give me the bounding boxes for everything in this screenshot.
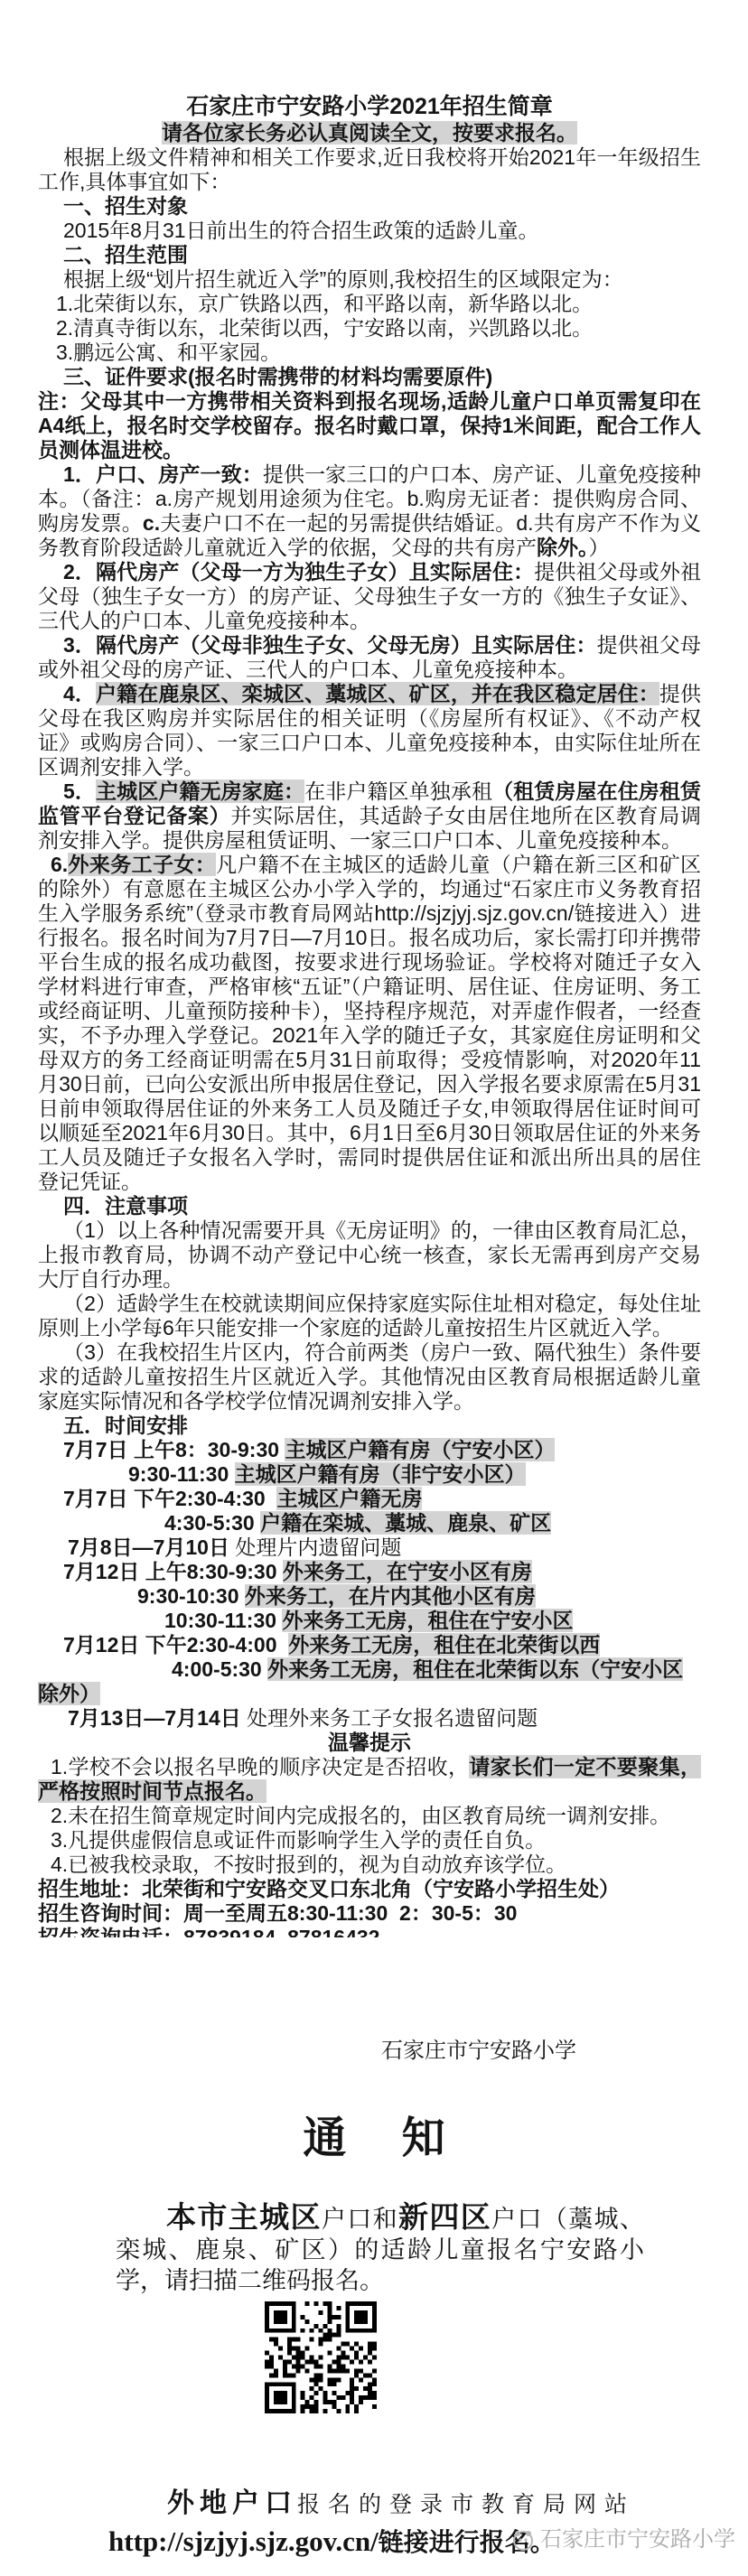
cert-item-5: 5．主城区户籍无房家庭：在非户籍区单独承租（租赁房屋在住房租赁监管平台登记备案）… — [38, 779, 701, 853]
range-item-3: 3.鹏远公寓、和平家园。 — [38, 341, 701, 365]
notice-section: 石家庄市宁安路小学 通 知 本市主城区户口和新四区户口（藁城、栾城、鹿泉、矿区）… — [0, 2030, 748, 2576]
section-3-note: 注：父母其中一方携带相关资料到报名现场,适龄儿童户口单页需复印在A4纸上，报名时… — [38, 389, 701, 462]
text-run: 4.已被我校录取，不按时报到的，视为自动放弃该学位。 — [51, 1853, 566, 1876]
text-run: 3.凡提供虚假信息或证件而影响学生入学的责任自负。 — [51, 1828, 546, 1852]
notice-title: 通 知 — [0, 2115, 748, 2162]
cert-item-6: 6.外来务工子女：凡户籍不在主城区的适龄儿童（户籍在新三区和矿区的除外）有意愿在… — [38, 853, 701, 1194]
contact-phone: 招生咨询电话：87839184 87816432 — [38, 1926, 701, 1937]
text-run: 4． — [63, 682, 96, 705]
cert-item-3: 3．隔代房产（父母非独生子女、父母无房）且实际居住：提供祖父母或外祖父母的房产证… — [38, 633, 701, 682]
section-5-heading: 五．时间安排 — [38, 1414, 701, 1438]
cert-item-2: 2．隔代房产（父母一方为独生子女）且实际居住：提供祖父母或外祖父母（独生子女一方… — [38, 560, 701, 633]
text-run: 在非户籍区单独承租 — [304, 779, 492, 803]
text-run: 外来务工，在宁安小区有房 — [283, 1560, 532, 1583]
note-item-3: （3）在我校招生片区内，符合前两类（房户一致、隔代独生）条件要求的适龄儿童按招生… — [38, 1340, 701, 1414]
text-run: 根据上级“划片招生就近入学”的原则,我校招生的区域限定为： — [63, 267, 623, 291]
text-run: 7月7日 下午2:30-4:30 — [63, 1487, 276, 1510]
school-logo-icon — [510, 2527, 536, 2553]
text-run: 户口和 — [322, 2206, 398, 2233]
contact-hours: 招生咨询时间：周一至周五8:30-11:30 2：30-5：30 — [38, 1901, 701, 1926]
text-run: 4:00-5:30 — [172, 1657, 267, 1681]
text-run: 本市主城区 — [166, 2200, 322, 2234]
text-run: 外来务工无房，租住在宁安小区 — [282, 1609, 573, 1632]
schedule-line-4: 4:30-5:30 户籍在栾城、藁城、鹿泉、矿区 — [38, 1511, 701, 1535]
text-run: 3.鹏远公寓、和平家园。 — [56, 341, 281, 364]
text-run: 处理片内遗留问题 — [235, 1535, 401, 1559]
text-run: 7月7日 上午8：30-9:30 — [63, 1438, 285, 1461]
text-run: 主城区户籍无房家庭： — [96, 779, 304, 803]
schedule-line-6: 7月12日 上午8:30-9:30 外来务工，在宁安小区有房 — [38, 1560, 701, 1584]
text-run: 主城区户籍无房 — [276, 1487, 422, 1510]
text-run: 2.未在招生简章规定时间内完成报名的，由区教育局统一调剂安排。 — [51, 1804, 670, 1827]
tip-item-1: 1.学校不会以报名早晚的顺序决定是否招收，请家长们一定不要聚集，严格按照时间节点… — [38, 1755, 701, 1804]
schedule-line-1: 7月7日 上午8：30-9:30 主城区户籍有房（宁安小区） — [38, 1438, 701, 1462]
schedule-line-11: 7月13日—7月14日 处理外来务工子女报名遗留问题 — [38, 1706, 701, 1731]
text-run: 户籍在鹿泉区、栾城区、藁城区、矿区，并在我区稳定居住： — [96, 682, 659, 705]
text-run: 主城区户籍有房（非宁安小区） — [235, 1462, 526, 1486]
qr-code — [265, 2301, 377, 2413]
text-run: 请各位家长务必认真阅读全文，按要求报名。 — [162, 121, 577, 145]
schedule-line-5: 7月8日—7月10日 处理片内遗留问题 — [38, 1535, 701, 1560]
text-run: 凡户籍不在主城区的适龄儿童（户籍在新三区和矿区的除外）有意愿在主城区公办小学入学… — [38, 853, 701, 1193]
doc-subtitle: 请各位家长务必认真阅读全文，按要求报名。 — [38, 120, 701, 145]
text-run: （2）适龄学生在校就读期间应保持家庭实际住址相对稳定，每处住址原则上小学每6年只… — [38, 1292, 701, 1339]
text-run: 除外。 — [537, 536, 589, 559]
text-run: 7月12日 下午2:30-4:00 — [63, 1633, 288, 1657]
text-run: 新四区 — [398, 2200, 491, 2234]
tip-item-4: 4.已被我校录取，不按时报到的，视为自动放弃该学位。 — [38, 1853, 701, 1877]
school-signature: 石家庄市宁安路小学 — [0, 2038, 576, 2065]
section-1-heading: 一、招生对象 — [38, 194, 701, 219]
text-run: 处理外来务工子女报名遗留问题 — [247, 1706, 538, 1730]
schedule-line-7: 9:30-10:30 外来务工，在片内其他小区有房 — [38, 1584, 701, 1609]
section-1-body: 2015年8月31日前出生的符合招生政策的适龄儿童。 — [38, 219, 701, 243]
text-run: 10:30-11:30 — [164, 1609, 282, 1632]
text-run: 招生咨询电话：87839184 87816432 — [38, 1926, 379, 1937]
text-run: 户籍在栾城、藁城、鹿泉、矿区 — [260, 1511, 551, 1535]
text-run: 外来务工无房，租住在北荣街以西 — [288, 1633, 600, 1657]
text-run: http://sjzjyj.sjz.gov.cn/ — [108, 2525, 379, 2557]
schedule-line-9: 7月12日 下午2:30-4:00 外来务工无房，租住在北荣街以西 — [38, 1633, 701, 1657]
watermark: 石家庄市宁安路小学 — [510, 2527, 735, 2553]
intro-paragraph: 根据上级文件精神和相关工作要求,近日我校将开始2021年一年级招生工作,具体事宜… — [38, 145, 701, 194]
text-run: 外来务工，在片内其他小区有房 — [245, 1584, 536, 1608]
text-run: 7月8日—7月10日 — [68, 1535, 235, 1559]
text-run: c. — [143, 511, 160, 535]
text-run: 2．隔代房产（父母一方为独生子女）且实际居住： — [63, 560, 534, 583]
text-run: 根据上级文件精神和相关工作要求,近日我校将开始2021年一年级招生工作,具体事宜… — [38, 145, 701, 193]
tip-item-2: 2.未在招生简章规定时间内完成报名的，由区教育局统一调剂安排。 — [38, 1804, 701, 1828]
range-item-1: 1.北荣街以东，京广铁路以西，和平路以南，新华路以北。 — [38, 292, 701, 316]
text-run: 外地户口 — [167, 2488, 297, 2518]
text-run: 5． — [63, 779, 96, 803]
text-run: 石家庄市宁安路小学 — [381, 2039, 576, 2063]
footer-line1: 外地户口报名的登录市教育局网站 — [167, 2489, 658, 2519]
text-run: 1．户口、房产一致： — [63, 462, 263, 486]
schedule-line-10: 4:00-5:30 外来务工无房，租住在北荣街以东（宁安小区除外） — [38, 1657, 701, 1706]
note-item-1: （1）以上各种情况需要开具《无房证明》的，一律由区教育局汇总，上报市教育局，协调… — [38, 1218, 701, 1292]
text-run: 7月13日—7月14日 — [68, 1706, 247, 1730]
range-item-2: 2.清真寺街以东，北荣街以西，宁安路以南，兴凯路以北。 — [38, 316, 701, 341]
text-run: 报名的登录市教育局网站 — [297, 2492, 635, 2517]
document-body: 石家庄市宁安路小学2021年招生简章请各位家长务必认真阅读全文，按要求报名。根据… — [0, 0, 748, 1937]
text-run: 9:30-10:30 — [137, 1584, 245, 1608]
watermark-text: 石家庄市宁安路小学 — [540, 2527, 735, 2553]
text-run: 外来务工无房，租住在北荣街以东（宁安小区除外） — [38, 1657, 683, 1705]
schedule-line-3: 7月7日 下午2:30-4:30 主城区户籍无房 — [38, 1487, 701, 1511]
text-run: 招生地址：北荣街和宁安路交叉口东北角（宁安路小学招生处） — [38, 1877, 620, 1900]
section-2-intro: 根据上级“划片招生就近入学”的原则,我校招生的区域限定为： — [38, 267, 701, 292]
schedule-line-8: 10:30-11:30 外来务工无房，租住在宁安小区 — [38, 1609, 701, 1633]
section-2-heading: 二、招生范围 — [38, 243, 701, 267]
text-run: （1）以上各种情况需要开具《无房证明》的，一律由区教育局汇总，上报市教育局，协调… — [38, 1218, 701, 1291]
tips-heading: 温馨提示 — [38, 1731, 701, 1755]
text-run: 外来务工子女： — [68, 853, 216, 876]
text-run: 三、证件要求(报名时需携带的材料均需要原件) — [63, 365, 492, 388]
section-4-heading: 四．注意事项 — [38, 1194, 701, 1218]
text-run: 3．隔代房产（父母非独生子女、父母无房）且实际居住： — [63, 633, 597, 657]
cert-item-4: 4．户籍在鹿泉区、栾城区、藁城区、矿区，并在我区稳定居住：提供父母在我区购房并实… — [38, 682, 701, 779]
text-run: 一、招生对象 — [63, 194, 188, 218]
notice-paragraph: 本市主城区户口和新四区户口（藁城、栾城、鹿泉、矿区）的适龄儿童报名宁安路小学，请… — [116, 2202, 644, 2296]
text-run: 石家庄市宁安路小学2021年招生简章 — [186, 94, 553, 119]
text-run: ） — [589, 536, 610, 559]
text-run: 9:30-11:30 — [128, 1462, 235, 1486]
text-run: 主城区户籍有房（宁安小区） — [285, 1438, 555, 1461]
text-run: 6. — [51, 853, 68, 876]
cert-item-1: 1．户口、房产一致：提供一家三口的户口本、房产证、儿童免疫接种本。（备注：a.房… — [38, 462, 701, 560]
text-run: 五．时间安排 — [63, 1414, 188, 1437]
section-3-heading: 三、证件要求(报名时需携带的材料均需要原件) — [38, 365, 701, 389]
text-run: 四．注意事项 — [63, 1194, 188, 1218]
text-run: 招生咨询时间：周一至周五8:30-11:30 2：30-5：30 — [38, 1901, 517, 1925]
text-run: 二、招生范围 — [63, 243, 188, 266]
text-run: 温馨提示 — [328, 1731, 411, 1754]
text-run: 通 知 — [303, 2114, 466, 2162]
note-item-2: （2）适龄学生在校就读期间应保持家庭实际住址相对稳定，每处住址原则上小学每6年只… — [38, 1292, 701, 1340]
contact-address: 招生地址：北荣街和宁安路交叉口东北角（宁安路小学招生处） — [38, 1877, 701, 1901]
schedule-line-2: 9:30-11:30 主城区户籍有房（非宁安小区） — [38, 1462, 701, 1487]
article-page: 石家庄市宁安路小学2021年招生简章请各位家长务必认真阅读全文，按要求报名。根据… — [0, 0, 748, 2576]
doc-title: 石家庄市宁安路小学2021年招生简章 — [38, 93, 701, 120]
text-run: 2.清真寺街以东，北荣街以西，宁安路以南，兴凯路以北。 — [56, 316, 593, 340]
text-run: 2015年8月31日前出生的符合招生政策的适龄儿童。 — [63, 219, 539, 242]
tip-item-3: 3.凡提供虚假信息或证件而影响学生入学的责任自负。 — [38, 1828, 701, 1853]
text-run: 7月12日 上午8:30-9:30 — [63, 1560, 283, 1583]
text-run: （3）在我校招生片区内，符合前两类（房户一致、隔代独生）条件要求的适龄儿童按招生… — [38, 1340, 701, 1413]
text-run: 4:30-5:30 — [164, 1511, 260, 1535]
text-run: 注：父母其中一方携带相关资料到报名现场,适龄儿童户口单页需复印在A4纸上，报名时… — [38, 389, 701, 462]
text-run: 1.学校不会以报名早晚的顺序决定是否招收， — [51, 1755, 469, 1778]
text-run: 1.北荣街以东，京广铁路以西，和平路以南，新华路以北。 — [56, 292, 593, 315]
